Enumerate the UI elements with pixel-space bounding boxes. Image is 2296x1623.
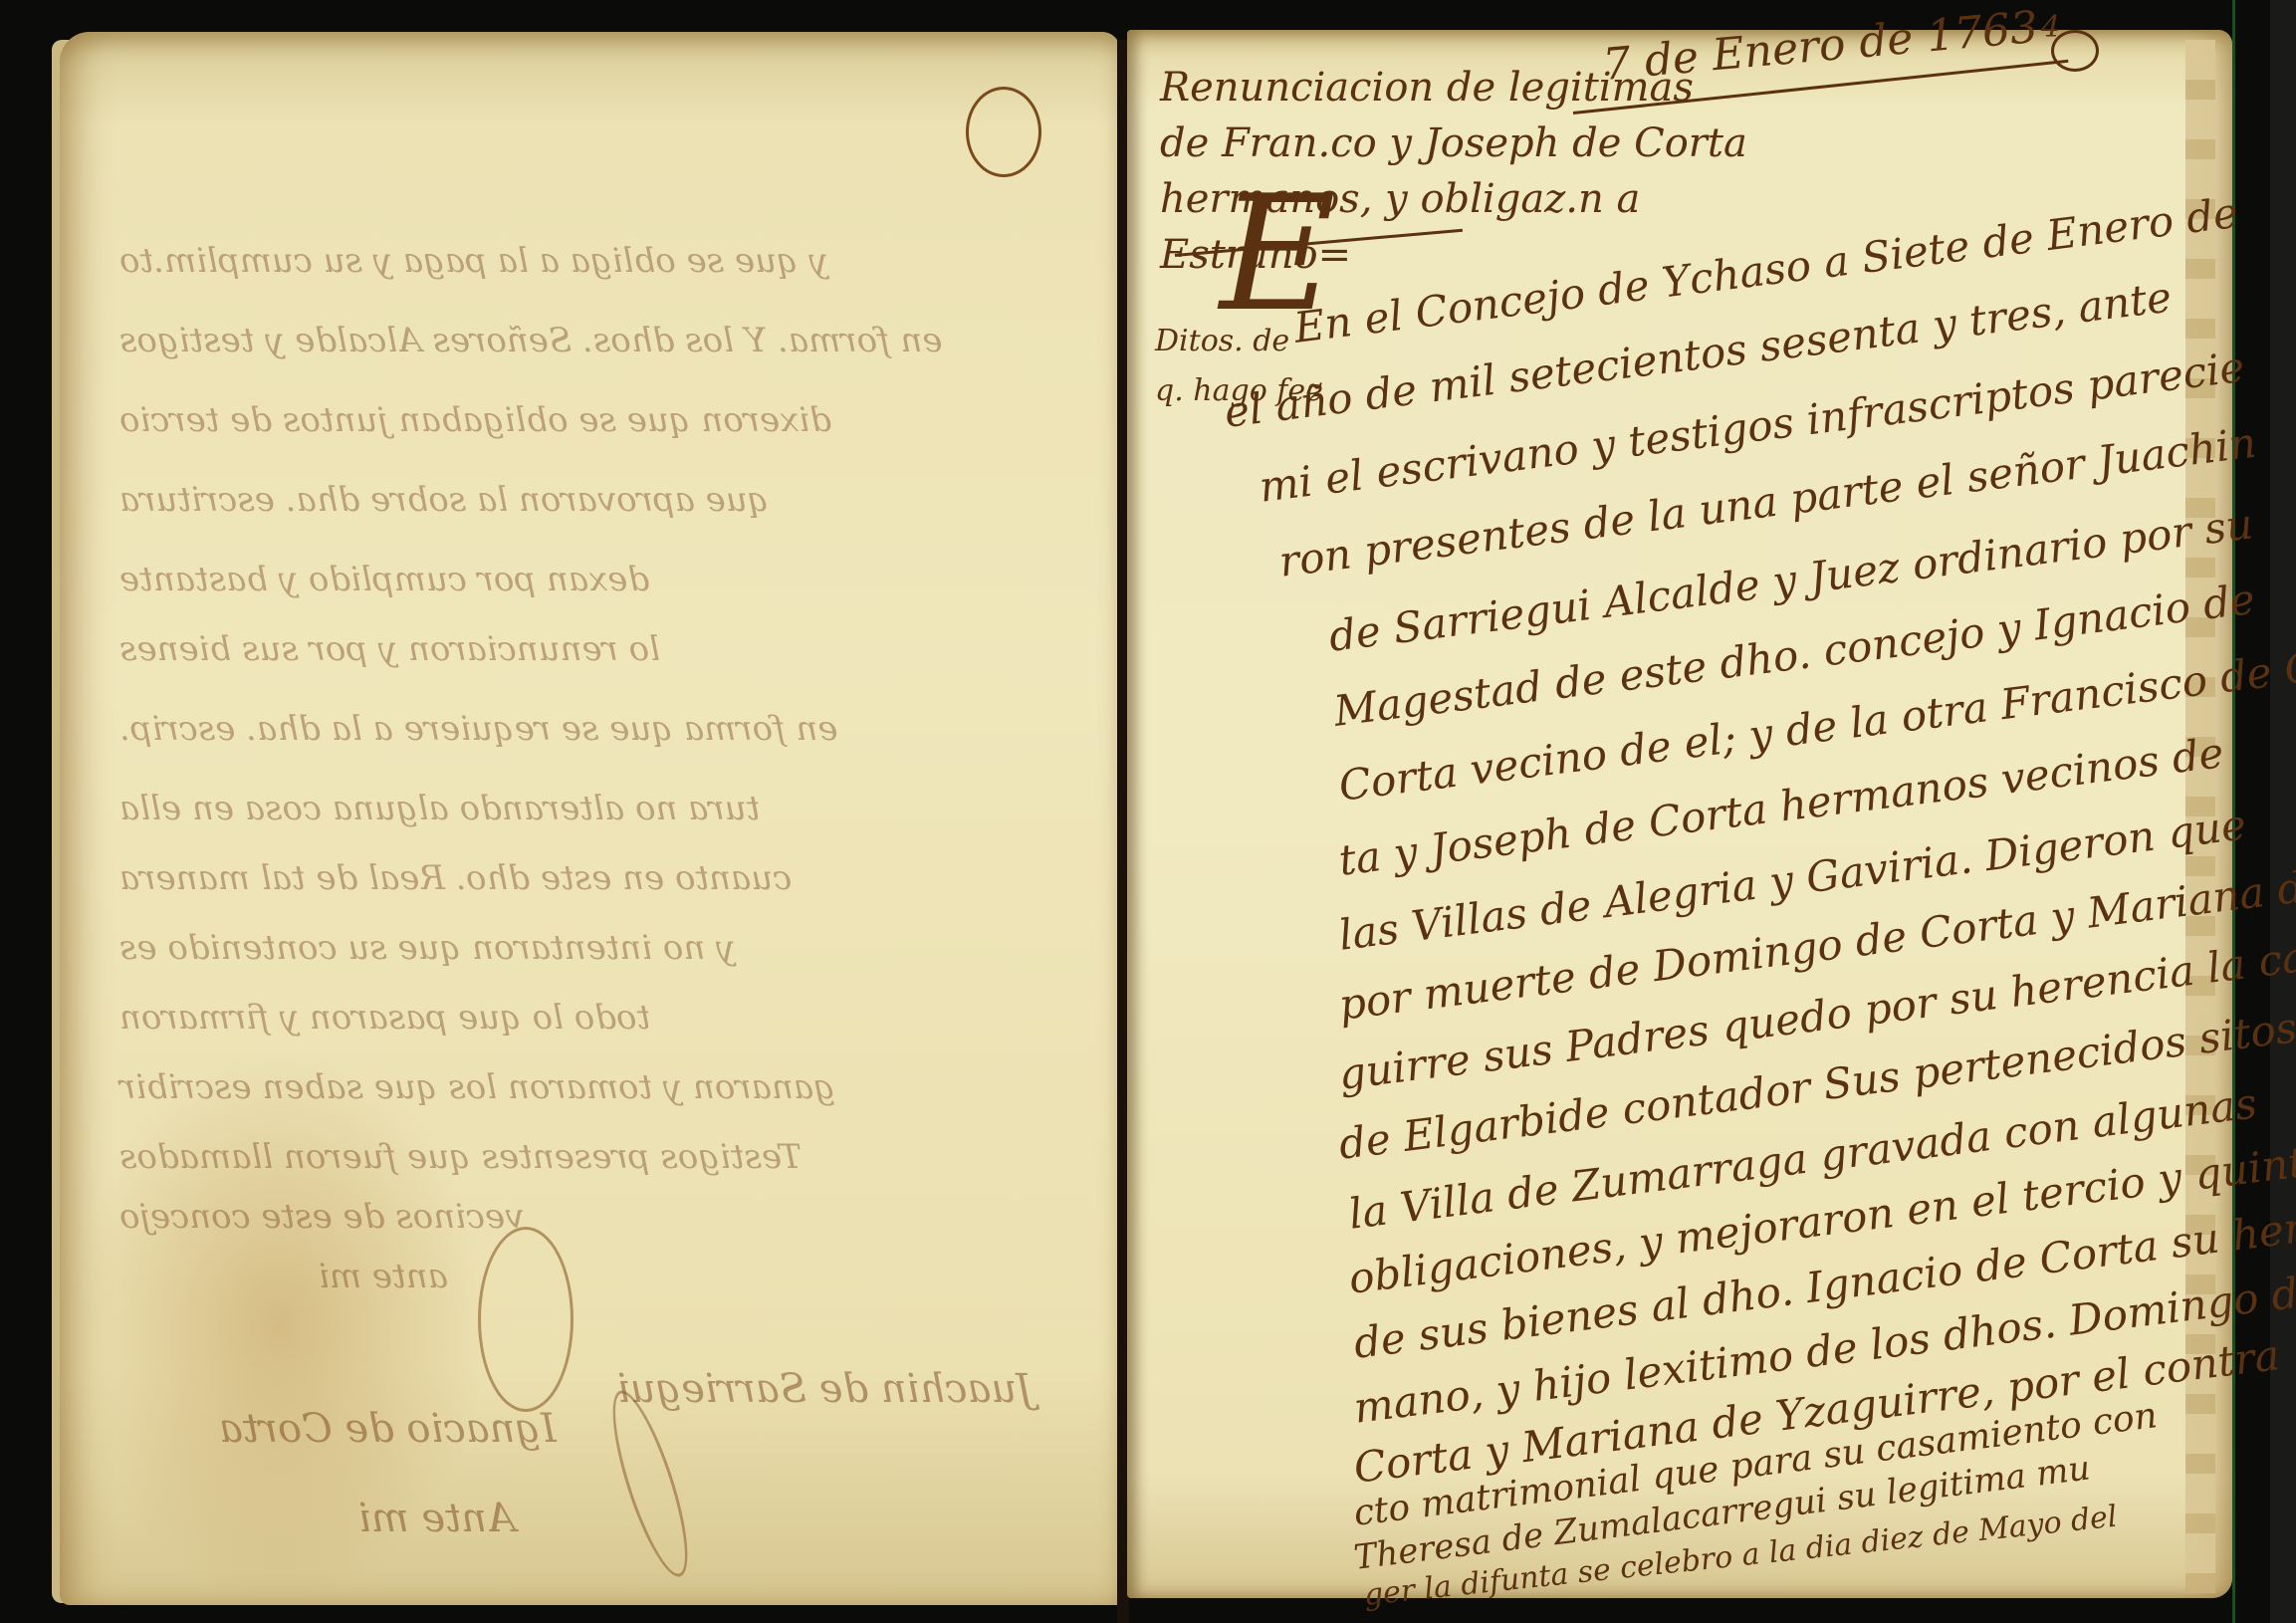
bleed-line: vecinos de este concejo	[119, 1197, 524, 1237]
signature-bleed: Juachin de Sarriegui	[617, 1366, 1033, 1412]
bleed-line: en forma que se requiere a la dha. escri…	[119, 709, 838, 749]
signature-bleed: Ante mi	[358, 1496, 516, 1541]
bleed-line: Testigos presentes que fueron llamados	[119, 1137, 802, 1177]
bleed-line: ante mi	[319, 1257, 448, 1296]
left-page: y que se obliga a la paga y su cumplim.t…	[60, 32, 1120, 1605]
bleed-line: dixeron que se obligaban juntos de terci…	[119, 400, 831, 440]
bleed-line: cuanto en este dho. Real de tal manera	[119, 858, 792, 898]
date-flourish-icon	[2051, 30, 2099, 72]
signature-bleed: Ignacio de Corta	[219, 1406, 557, 1452]
bleed-line: lo renunciaron y por sus bienes	[119, 629, 660, 669]
bleed-line: en forma. Y los dhos. Señores Alcalde y …	[119, 321, 943, 360]
bleed-line: y no intentaron que su contenido es	[119, 928, 735, 968]
bleed-line: todo lo que pasaron y firmaron	[119, 998, 650, 1038]
signature-flourish-icon	[598, 1384, 702, 1584]
bleed-line: ganaron y tomaron los que saben escribir	[119, 1067, 835, 1107]
bleed-line: que aprovaron la sobre dha. escritura	[119, 480, 769, 520]
bleed-line: y que se obliga a la paga y su cumplim.t…	[119, 241, 828, 281]
bleed-line: tura no alterando alguna cosa en ella	[119, 789, 760, 828]
signature-flourish-icon	[478, 1227, 574, 1412]
marginal-flourish-icon	[966, 87, 1041, 177]
margin-note: Ditos. de	[1155, 324, 1289, 358]
bleed-line: dexan por cumplido y bastante	[119, 560, 649, 599]
